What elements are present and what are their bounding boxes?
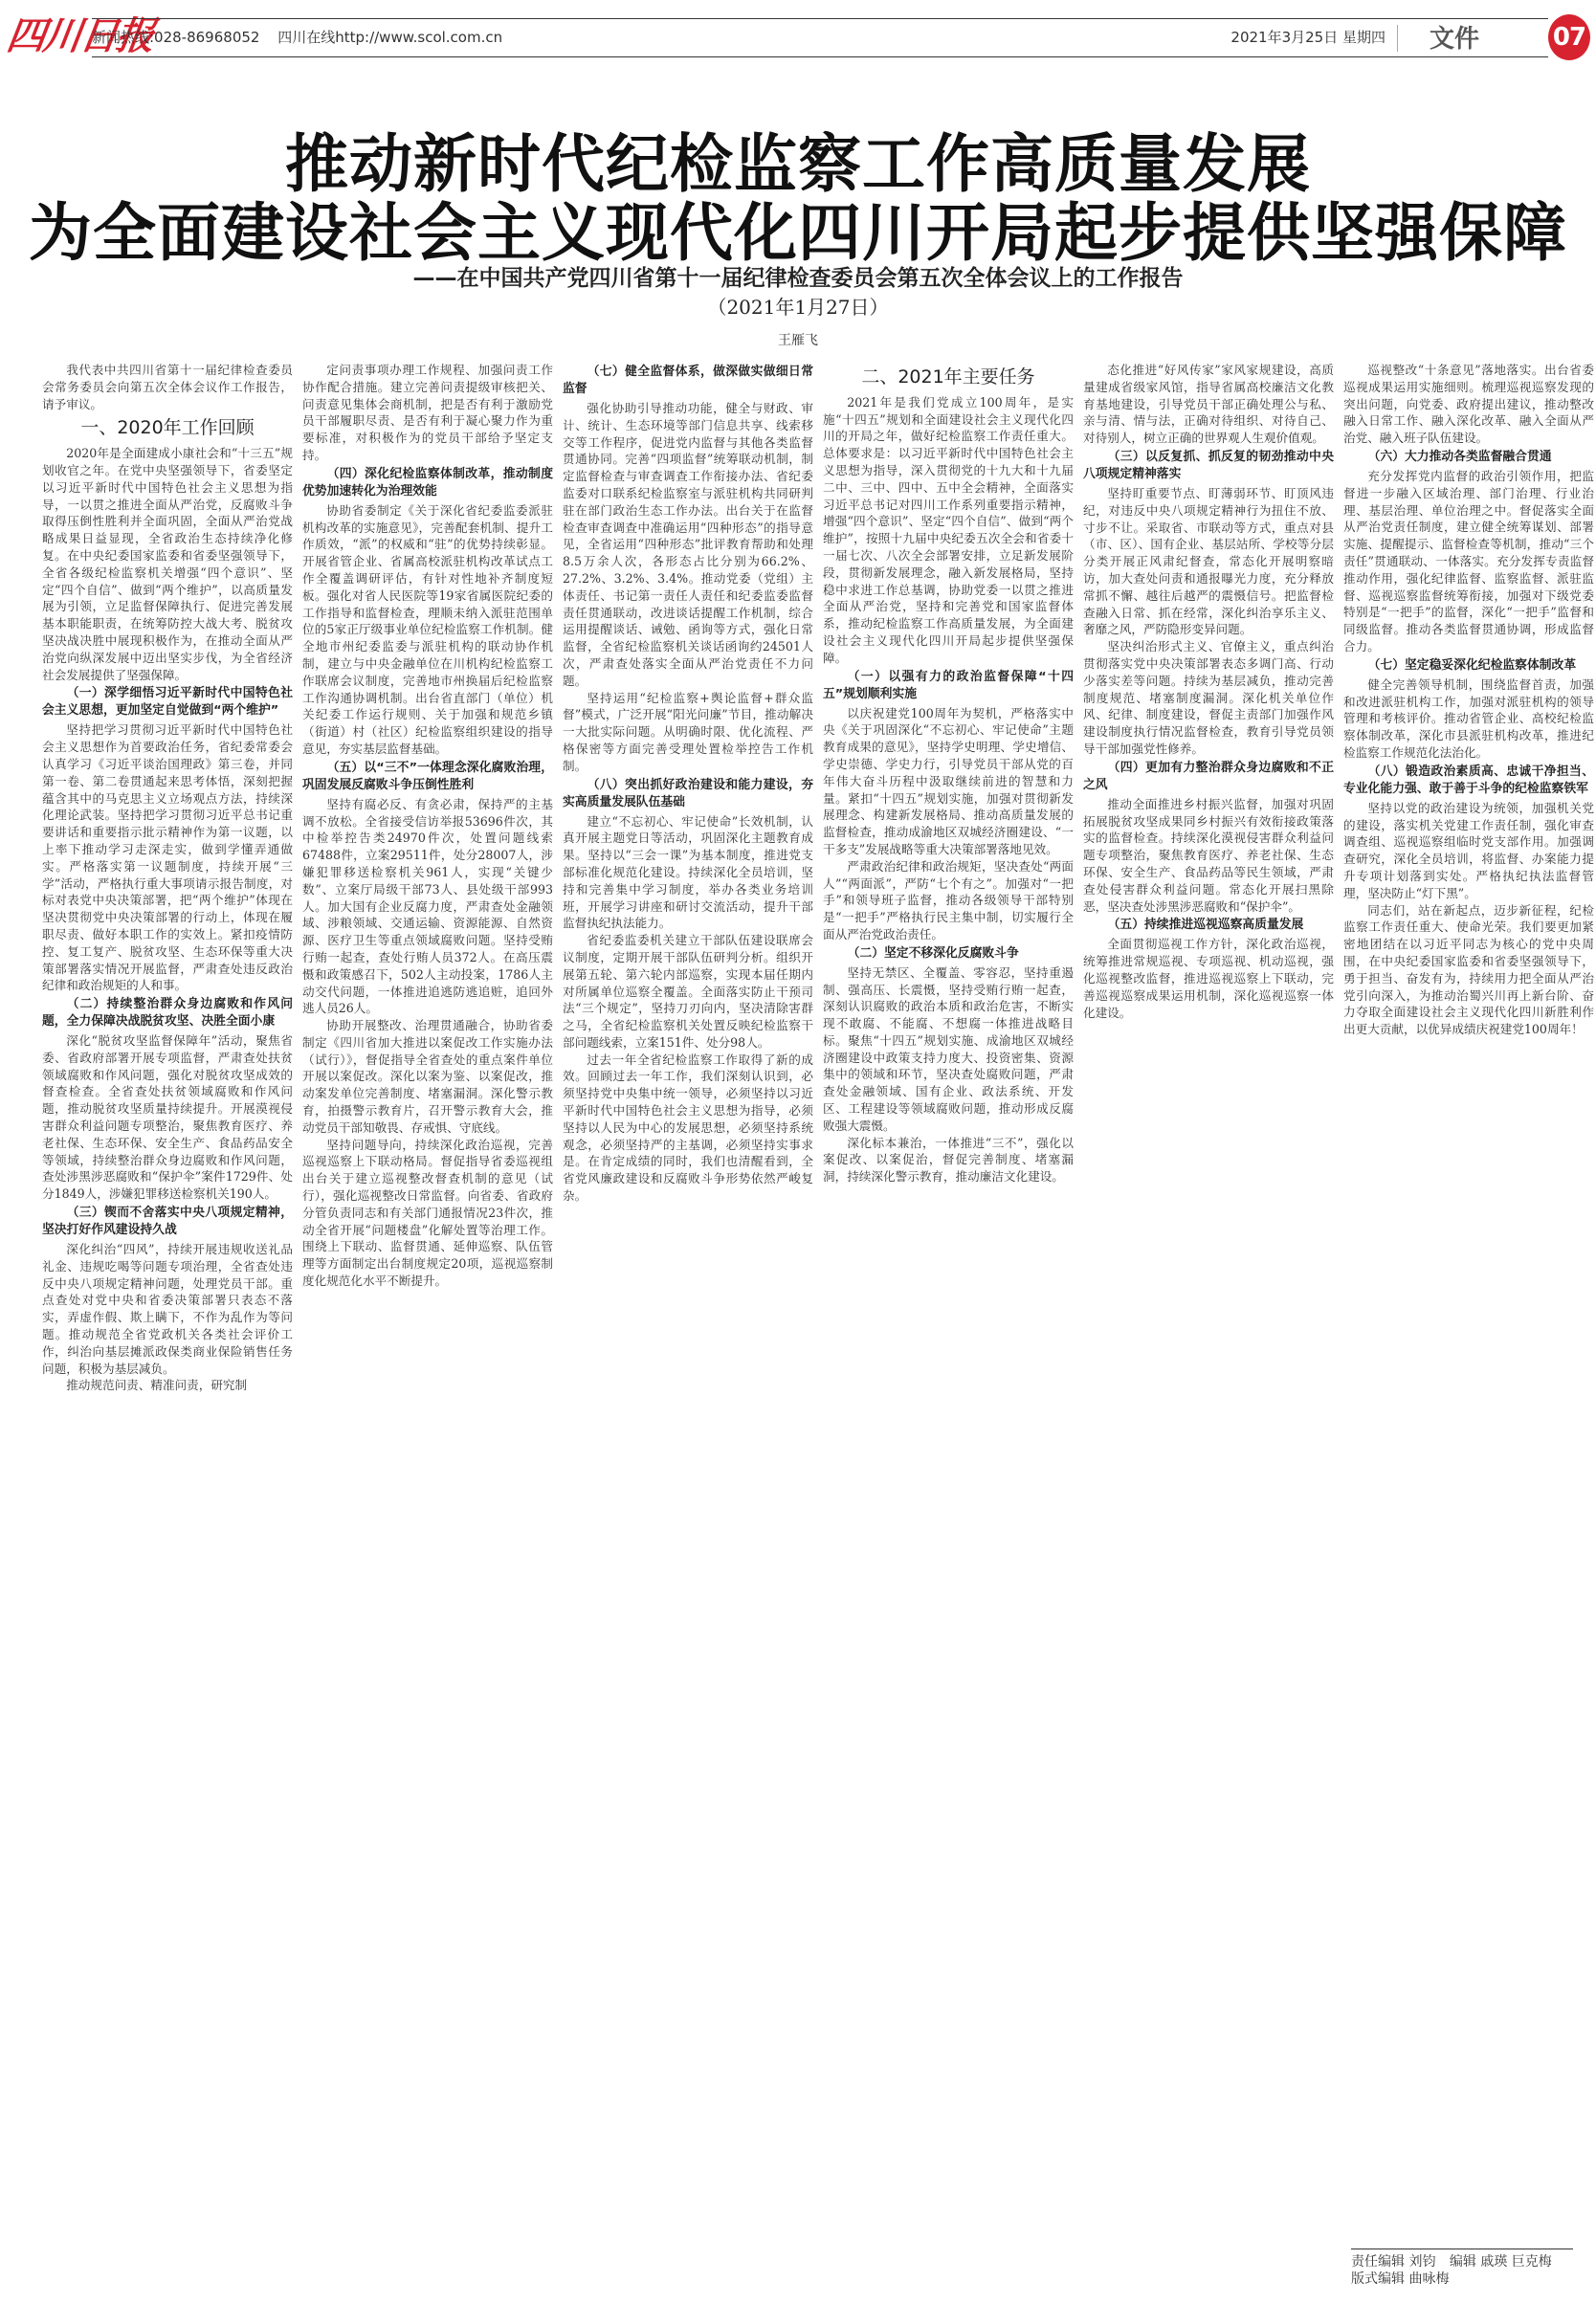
column-6: 巡视整改“十条意见”落地落实。出台省委巡视成果运用实施细则。梳理巡视巡察发现的突… bbox=[1343, 362, 1594, 2141]
subsection-heading: （八）突出抓好政治建设和能力建设，夯实高质量发展队伍基础 bbox=[563, 777, 813, 811]
credits-rule bbox=[1351, 2249, 1573, 2249]
paragraph: 坚决纠治形式主义、官僚主义，重点纠治贯彻落实党中央决策部署表态多调门高、行动少落… bbox=[1083, 638, 1334, 758]
subsection-heading: （七）健全监督体系，做深做实做细日常监督 bbox=[563, 364, 813, 398]
paragraph: 建立“不忘初心、牢记使命”长效机制，认真开展主题党日等活动，巩固深化主题教育成果… bbox=[563, 813, 813, 933]
masthead-bottom-rule bbox=[92, 56, 1548, 57]
paragraph: 全面贯彻巡视工作方针，深化政治巡视，统筹推进常规巡视、专项巡视、机动巡视，强化巡… bbox=[1083, 936, 1334, 1021]
byline-author: 王雁飞 bbox=[0, 330, 1596, 349]
paragraph: 健全完善领导机制，围绕监督首责，加强和改进派驻机构工作，加强对派驻机构的领导管理… bbox=[1343, 676, 1594, 762]
paragraph: 巡视整改“十条意见”落地落实。出台省委巡视成果运用实施细则。梳理巡视巡察发现的突… bbox=[1343, 362, 1594, 447]
paragraph: 坚持有腐必反、有贪必肃，保持严的主基调不放松。全省接受信访举报53696件次，其… bbox=[302, 796, 553, 1017]
paragraph: 坚持把学习贯彻习近平新时代中国特色社会主义思想作为首要政治任务，省纪委常委会认真… bbox=[42, 721, 293, 994]
paragraph: 同志们，站在新起点，迈步新征程，纪检监察工作责任重大、使命光荣。我们要更加紧密地… bbox=[1343, 902, 1594, 1038]
paragraph: 协助开展整改、治理贯通融合，协助省委制定《四川省加大推进以案促改工作实施办法（试… bbox=[302, 1017, 553, 1137]
section-heading: 二、2021年主要任务 bbox=[823, 369, 1074, 387]
subsection-heading: （二）持续整治群众身边腐败和作风问题，全力保障决战脱贫攻坚、决胜全面小康 bbox=[42, 996, 293, 1030]
paragraph: 深化纠治“四风”，持续开展违规收送礼品礼金、违规吃喝等问题专项治理，全省查处违反… bbox=[42, 1241, 293, 1377]
column-3: （七）健全监督体系，做深做实做细日常监督强化协助引导推动功能，健全与财政、审计、… bbox=[563, 362, 813, 2141]
paragraph: 过去一年全省纪检监察工作取得了新的成效。回顾过去一年工作，我们深刻认识到，必须坚… bbox=[563, 1052, 813, 1205]
paragraph: 严肃政治纪律和政治规矩，坚决查处“两面人”“两面派”，严防“七个有之”。加强对“… bbox=[823, 858, 1074, 943]
paragraph: 2020年是全面建成小康社会和“十三五”规划收官之年。在党中央坚强领导下，省委坚… bbox=[42, 445, 293, 683]
subsection-heading: （四）深化纪检监察体制改革，推动制度优势加速转化为治理效能 bbox=[302, 466, 553, 500]
subsection-heading: （七）坚定稳妥深化纪检监察体制改革 bbox=[1343, 657, 1594, 675]
page-number-badge: 07 bbox=[1548, 14, 1590, 60]
news-hotline: 新闻热线:028-86968052 bbox=[92, 29, 259, 46]
paragraph: 我代表中共四川省第十一届纪律检查委员会常务委员会向第五次全体会议作工作报告，请予… bbox=[42, 362, 293, 412]
column-4: 二、2021年主要任务2021年是我们党成立100周年，是实施“十四五”规划和全… bbox=[823, 362, 1074, 2141]
headline-line-2: 为全面建设社会主义现代化四川开局起步提供坚强保障 bbox=[0, 182, 1596, 273]
paragraph: 坚持以党的政治建设为统领，加强机关党的建设，落实机关党建工作责任制，强化审查调查… bbox=[1343, 800, 1594, 902]
column-2: 定问责事项办理工作规程、加强问责工作协作配合措施。建立完善问责提级审核把关、问责… bbox=[302, 362, 553, 2141]
section-label: 文件 bbox=[1430, 19, 1479, 55]
masthead-top-rule bbox=[92, 18, 1548, 19]
responsible-editor: 责任编辑 刘钧 bbox=[1351, 2254, 1435, 2270]
section-heading: 一、2020年工作回顾 bbox=[42, 420, 293, 437]
paragraph: 坚持问题导向，持续深化政治巡视，完善巡视巡察上下联动格局。督促指导省委巡视组出台… bbox=[302, 1137, 553, 1290]
report-date: （2021年1月27日） bbox=[0, 292, 1596, 320]
article-subtitle: ——在中国共产党四川省第十一届纪律检查委员会第五次全体会议上的工作报告 bbox=[0, 260, 1596, 292]
issue-date: 2021年3月25日 星期四 bbox=[1230, 27, 1385, 47]
subsection-heading: （六）大力推动各类监督融合贯通 bbox=[1343, 449, 1594, 466]
paragraph: 充分发挥党内监督的政治引领作用，把监督进一步融入区域治理、部门治理、行业治理、基… bbox=[1343, 468, 1594, 655]
paragraph: 省纪委监委机关建立干部队伍建设联席会议制度，定期开展干部队伍研判分析。组织开展第… bbox=[563, 932, 813, 1052]
subsection-heading: （一）深学细悟习近平新时代中国特色社会主义思想，更加坚定自觉做到“两个维护” bbox=[42, 685, 293, 720]
paragraph: 坚持运用“纪检监察+舆论监督+群众监督”模式，广泛开展“阳光问廉”节目，推动解决… bbox=[563, 690, 813, 775]
subsection-heading: （一）以强有力的政治监督保障“十四五”规划顺利实施 bbox=[823, 669, 1074, 703]
editor-credits: 责任编辑 刘钧 编辑 戚瑛 巨克梅 版式编辑 曲咏梅 bbox=[1351, 2253, 1562, 2288]
masthead-contact: 新闻热线:028-86968052 四川在线http://www.scol.co… bbox=[92, 27, 516, 47]
subsection-heading: （三）锲而不舍落实中央八项规定精神，坚决打好作风建设持久战 bbox=[42, 1205, 293, 1239]
column-5: 态化推进“好风传家”家风家规建设，高质量建成省级家风馆，指导省属高校廉洁文化教育… bbox=[1083, 362, 1334, 2141]
subsection-heading: （五）持续推进巡视巡察高质量发展 bbox=[1083, 917, 1334, 934]
subsection-heading: （二）坚定不移深化反腐败斗争 bbox=[823, 945, 1074, 963]
subsection-heading: （四）更加有力整治群众身边腐败和不正之风 bbox=[1083, 760, 1334, 794]
article-body: 我代表中共四川省第十一届纪律检查委员会常务委员会向第五次全体会议作工作报告，请予… bbox=[42, 362, 1596, 2141]
paragraph: 强化协助引导推动功能，健全与财政、审计、统计、生态环境等部门信息共享、线索移交等… bbox=[563, 400, 813, 690]
paragraph: 定问责事项办理工作规程、加强问责工作协作配合措施。建立完善问责提级审核把关、问责… bbox=[302, 362, 553, 464]
paragraph: 坚持盯重要节点、盯薄弱环节、盯顶风违纪，对违反中央八项规定精神行为扭住不放、寸步… bbox=[1083, 485, 1334, 638]
paragraph: 推动规范问责、精准问责，研究制 bbox=[42, 1377, 293, 1394]
paragraph: 以庆祝建党100周年为契机，严格落实中央《关于巩固深化“不忘初心、牢记使命”主题… bbox=[823, 705, 1074, 858]
masthead-divider bbox=[1397, 25, 1398, 52]
paragraph: 推动全面推进乡村振兴监督，加强对巩固拓展脱贫攻坚成果同乡村振兴有效衔接政策落实的… bbox=[1083, 796, 1334, 916]
paragraph: 协助省委制定《关于深化省纪委监委派驻机构改革的实施意见》，完善配套机制、提升工作… bbox=[302, 502, 553, 758]
paragraph: 坚持无禁区、全覆盖、零容忍，坚持重遏制、强高压、长震慑，坚持受贿行贿一起查，深刻… bbox=[823, 964, 1074, 1135]
subsection-heading: （五）以“三不”一体理念深化腐败治理，巩固发展反腐败斗争压倒性胜利 bbox=[302, 760, 553, 794]
editors: 编辑 戚瑛 巨克梅 bbox=[1450, 2254, 1552, 2270]
masthead: 四川日报 新闻热线:028-86968052 四川在线http://www.sc… bbox=[0, 0, 1596, 67]
column-1: 我代表中共四川省第十一届纪律检查委员会常务委员会向第五次全体会议作工作报告，请予… bbox=[42, 362, 293, 2141]
paragraph: 2021年是我们党成立100周年，是实施“十四五”规划和全面建设社会主义现代化四… bbox=[823, 394, 1074, 667]
paragraph: 深化“脱贫攻坚监督保障年”活动，聚焦省委、省政府部署开展专项监督，严肃查处扶贫领… bbox=[42, 1032, 293, 1203]
website-link[interactable]: 四川在线http://www.scol.com.cn bbox=[277, 29, 502, 46]
subsection-heading: （八）锻造政治素质高、忠诚干净担当、专业化能力强、敢于善于斗争的纪检监察铁军 bbox=[1343, 764, 1594, 798]
layout-editor: 版式编辑 曲咏梅 bbox=[1351, 2271, 1562, 2288]
paragraph: 深化标本兼治，一体推进“三不”，强化以案促改、以案促治，督促完善制度、堵塞漏洞，… bbox=[823, 1135, 1074, 1185]
subsection-heading: （三）以反复抓、抓反复的韧劲推动中央八项规定精神落实 bbox=[1083, 449, 1334, 483]
paragraph: 态化推进“好风传家”家风家规建设，高质量建成省级家风馆，指导省属高校廉洁文化教育… bbox=[1083, 362, 1334, 447]
